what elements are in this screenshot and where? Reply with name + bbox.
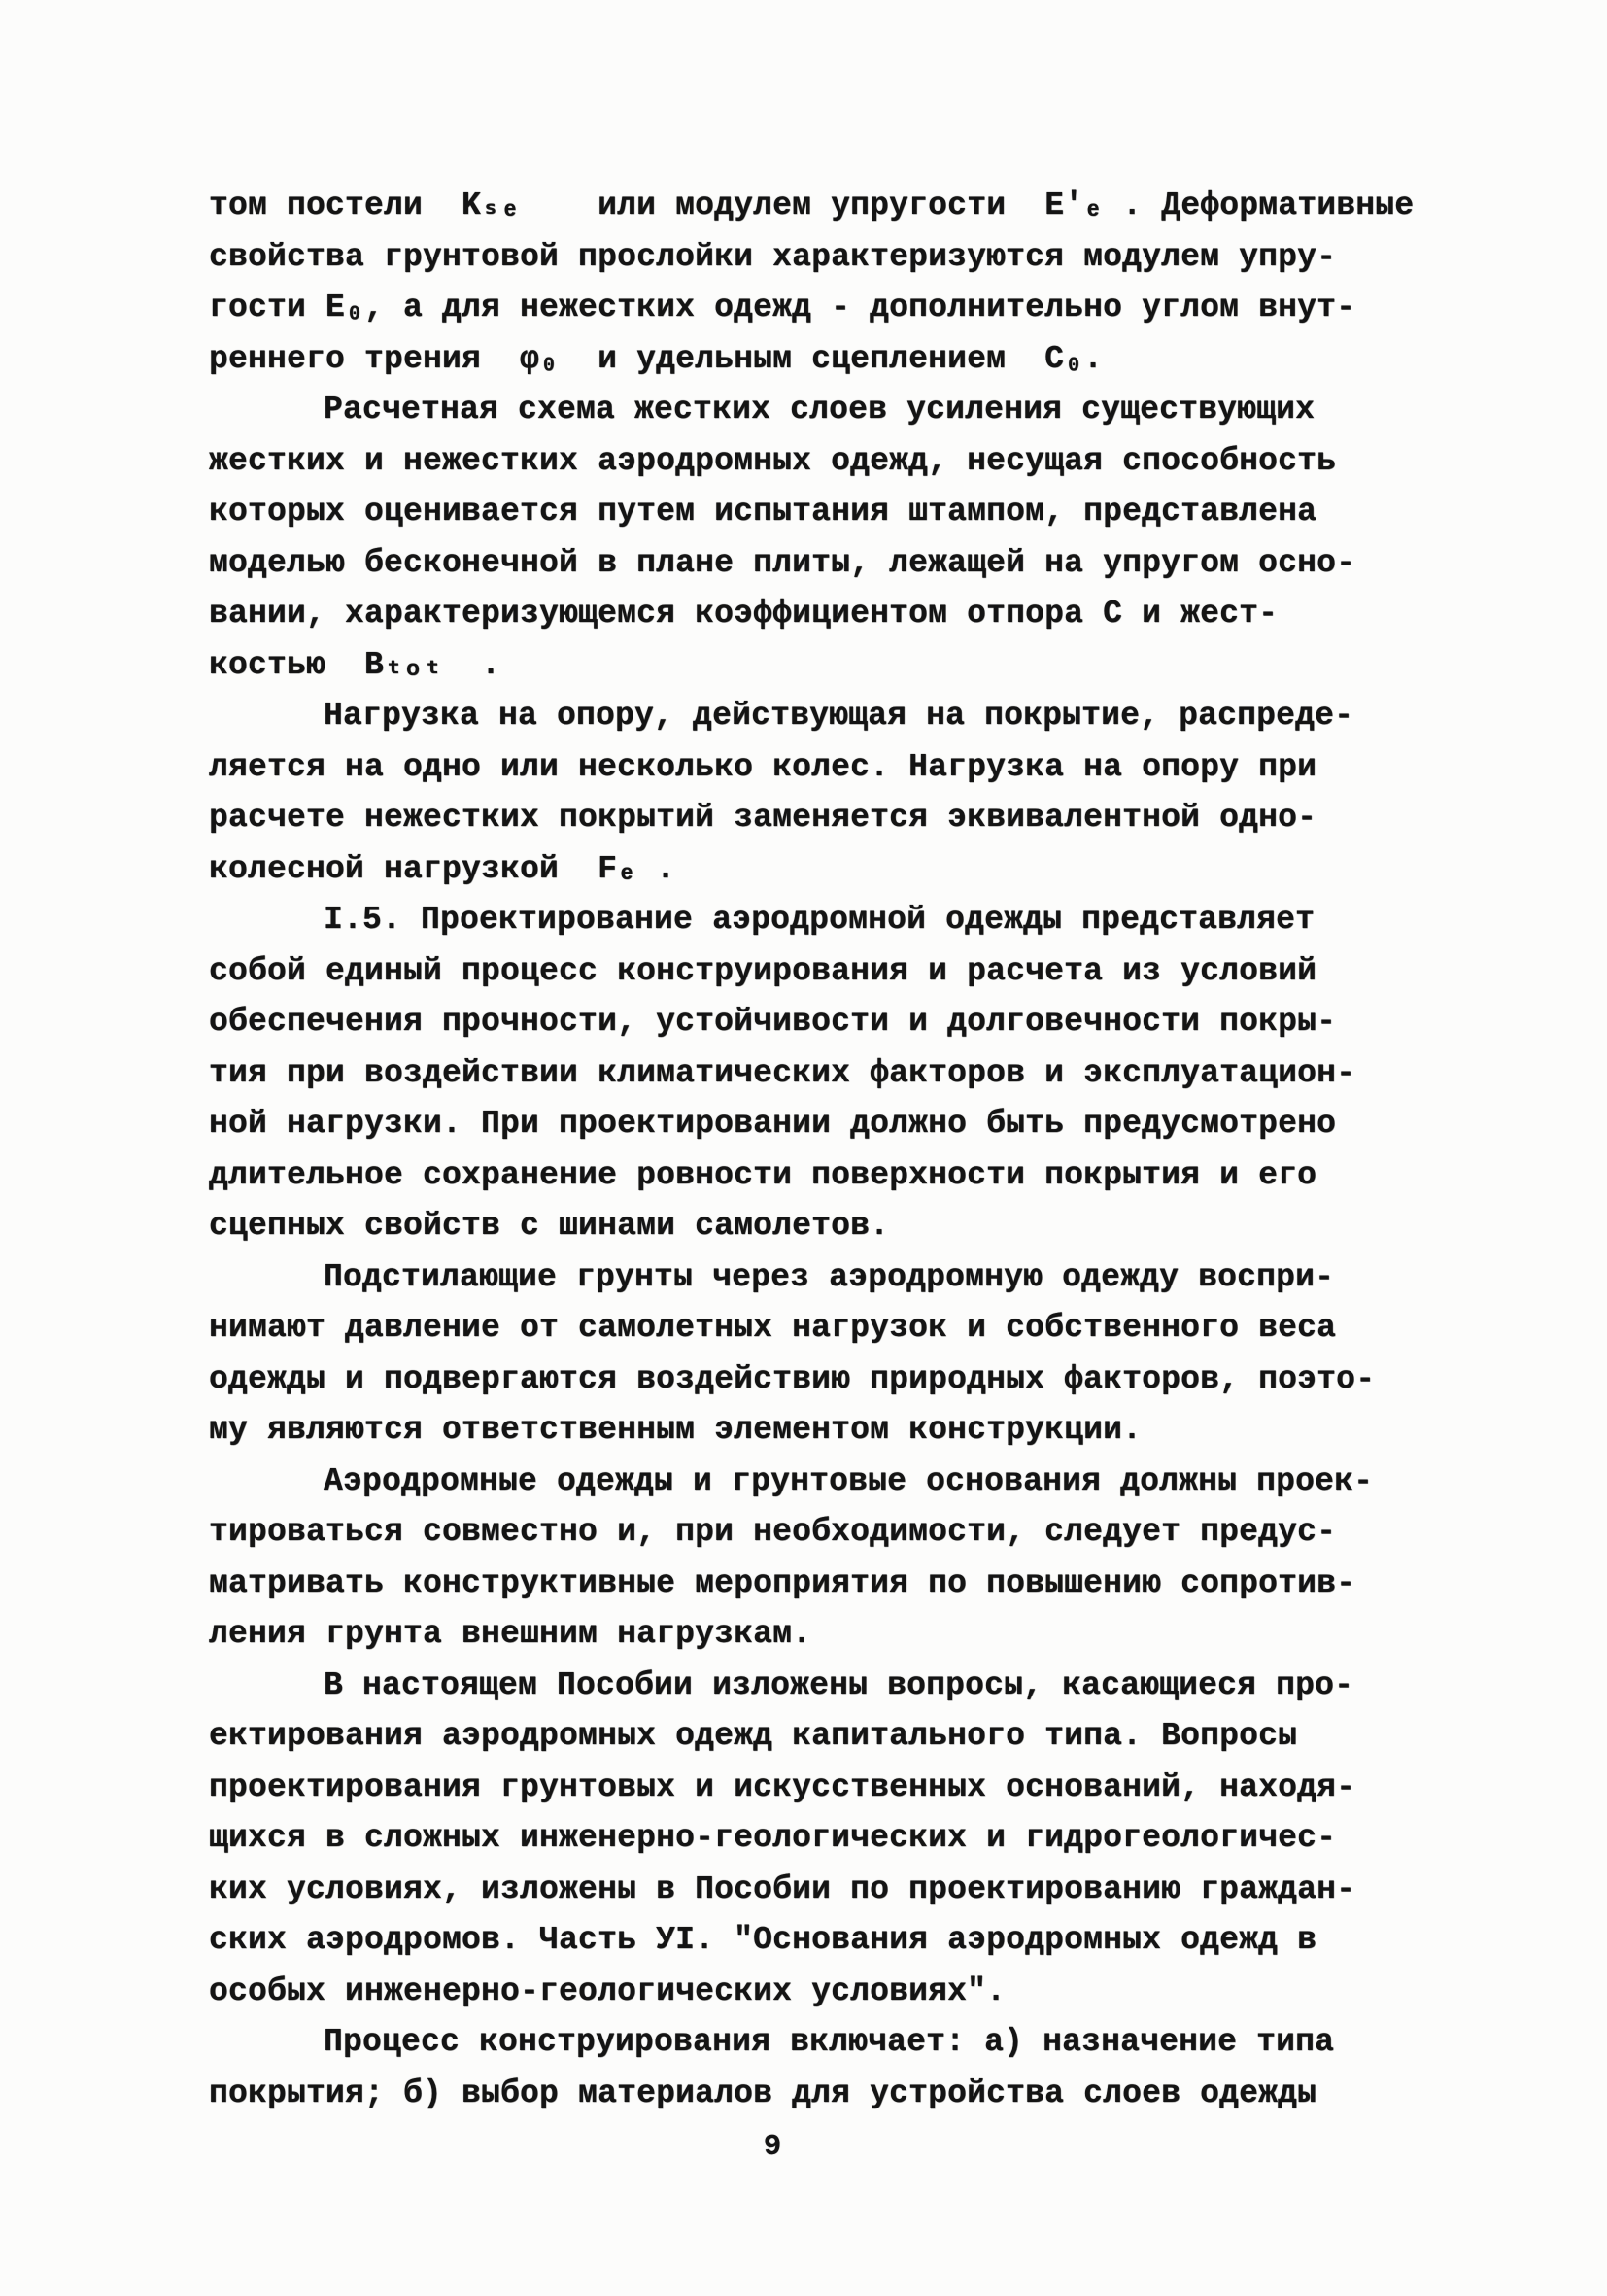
text-line: тия при воздействии климатических фактор… (209, 1048, 1423, 1100)
text-line: ления грунта внешним нагрузкам. (209, 1609, 1423, 1661)
text-line: жестких и нежестких аэродромных одежд, н… (209, 436, 1423, 488)
text-line: ектирования аэродромных одежд капитально… (209, 1711, 1423, 1763)
text-line: Подстилающие грунты через аэродромную од… (209, 1252, 1423, 1304)
text-line: собой единый процесс конструирования и р… (209, 946, 1423, 998)
text-line: Аэродромные одежды и грунтовые основания… (209, 1456, 1423, 1508)
text-line: том постели Kₛₑ или модулем упругости Е′… (209, 181, 1423, 232)
text-line: особых инженерно-геологических условиях"… (209, 1967, 1423, 2018)
text-line: му являются ответственным элементом конс… (209, 1405, 1423, 1456)
text-line: ляется на одно или несколько колес. Нагр… (209, 742, 1423, 794)
text-line: щихся в сложных инженерно-геологических … (209, 1813, 1423, 1865)
text-line: Расчетная схема жестких слоев усиления с… (209, 385, 1423, 436)
text-line: Процесс конструирования включает: а) наз… (209, 2017, 1423, 2069)
text-line: ной нагрузки. При проектировании должно … (209, 1099, 1423, 1150)
text-line: матривать конструктивные мероприятия по … (209, 1559, 1423, 1610)
scanned-page: том постели Kₛₑ или модулем упругости Е′… (0, 0, 1607, 2296)
text-line: длительное сохранение ровности поверхнос… (209, 1150, 1423, 1202)
text-line: тироваться совместно и, при необходимост… (209, 1507, 1423, 1559)
text-line: одежды и подвергаются воздействию природ… (209, 1354, 1423, 1406)
text-line: сцепных свойств с шинами самолетов. (209, 1201, 1423, 1252)
text-line: расчете нежестких покрытий заменяется эк… (209, 793, 1423, 844)
text-block: том постели Kₛₑ или модулем упругости Е′… (209, 181, 1423, 2119)
text-line: ких условиях, изложены в Пособии по прое… (209, 1865, 1423, 1916)
page-number: 9 (0, 2130, 1545, 2164)
text-line: реннего трения φ₀ и удельным сцеплением … (209, 334, 1423, 386)
text-line: вании, характеризующемся коэффициентом о… (209, 589, 1423, 640)
text-line: В настоящем Пособии изложены вопросы, ка… (209, 1661, 1423, 1712)
text-line: I.5. Проектирование аэродромной одежды п… (209, 895, 1423, 946)
text-line: костью Вₜₒₜ . (209, 640, 1423, 692)
text-line: которых оценивается путем испытания штам… (209, 487, 1423, 538)
text-line: покрытия; б) выбор материалов для устрой… (209, 2069, 1423, 2120)
text-line: гости Е₀, а для нежестких одежд - дополн… (209, 283, 1423, 334)
text-line: свойства грунтовой прослойки характеризу… (209, 232, 1423, 284)
text-line: моделью бесконечной в плане плиты, лежащ… (209, 538, 1423, 590)
text-line: ских аэродромов. Часть УI. "Основания аэ… (209, 1915, 1423, 1967)
text-line: Нагрузка на опору, действующая на покрыт… (209, 691, 1423, 742)
text-line: колесной нагрузкой Fₑ . (209, 844, 1423, 896)
text-line: проектирования грунтовых и искусственных… (209, 1763, 1423, 1814)
text-line: нимают давление от самолетных нагрузок и… (209, 1303, 1423, 1354)
text-line: обеспечения прочности, устойчивости и до… (209, 997, 1423, 1048)
